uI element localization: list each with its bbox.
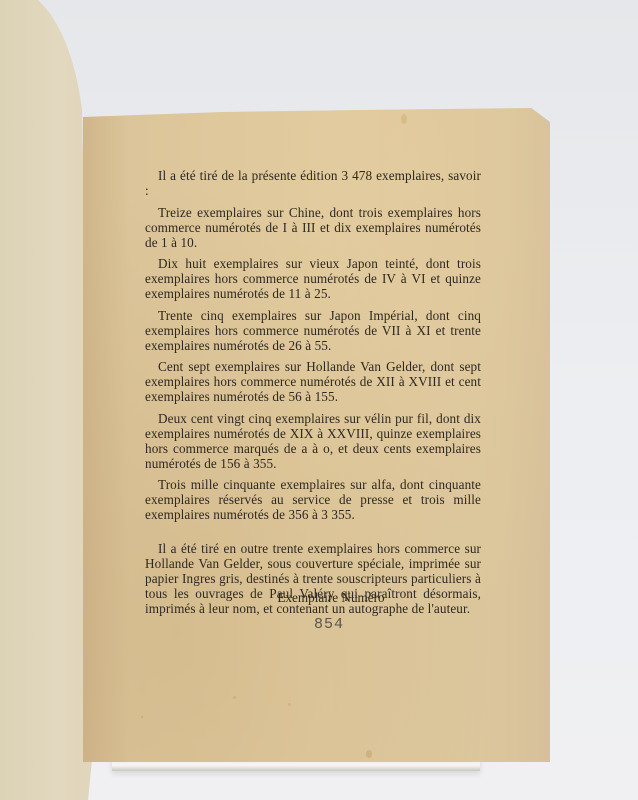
foxing-spot bbox=[366, 750, 372, 758]
foxing-spot bbox=[233, 696, 236, 699]
velin-paragraph: Deux cent vingt cinq exemplaires sur vél… bbox=[145, 411, 481, 471]
chine-paragraph: Treize exemplaires sur Chine, dont trois… bbox=[145, 205, 481, 250]
limitation-statement: Il a été tiré de la présente édition 3 4… bbox=[145, 168, 481, 623]
foxing-spot bbox=[401, 114, 407, 124]
book-photo: Il a été tiré de la présente édition 3 4… bbox=[0, 0, 638, 800]
intro-paragraph: Il a été tiré de la présente édition 3 4… bbox=[145, 168, 481, 198]
foxing-spot bbox=[288, 703, 291, 706]
hollande-paragraph: Cent sept exemplaires sur Hollande Van G… bbox=[145, 359, 481, 404]
copy-label: Exemplaire Numéro bbox=[0, 590, 638, 606]
copy-number: 854 bbox=[0, 616, 638, 633]
left-page bbox=[0, 0, 96, 800]
alfa-paragraph: Trois mille cinquante exemplaires sur al… bbox=[145, 477, 481, 522]
vieux-japon-paragraph: Dix huit exemplaires sur vieux Japon tei… bbox=[145, 256, 481, 301]
japon-imperial-paragraph: Trente cinq exemplaires sur Japon Impéri… bbox=[145, 308, 481, 353]
foxing-spot bbox=[141, 716, 143, 718]
